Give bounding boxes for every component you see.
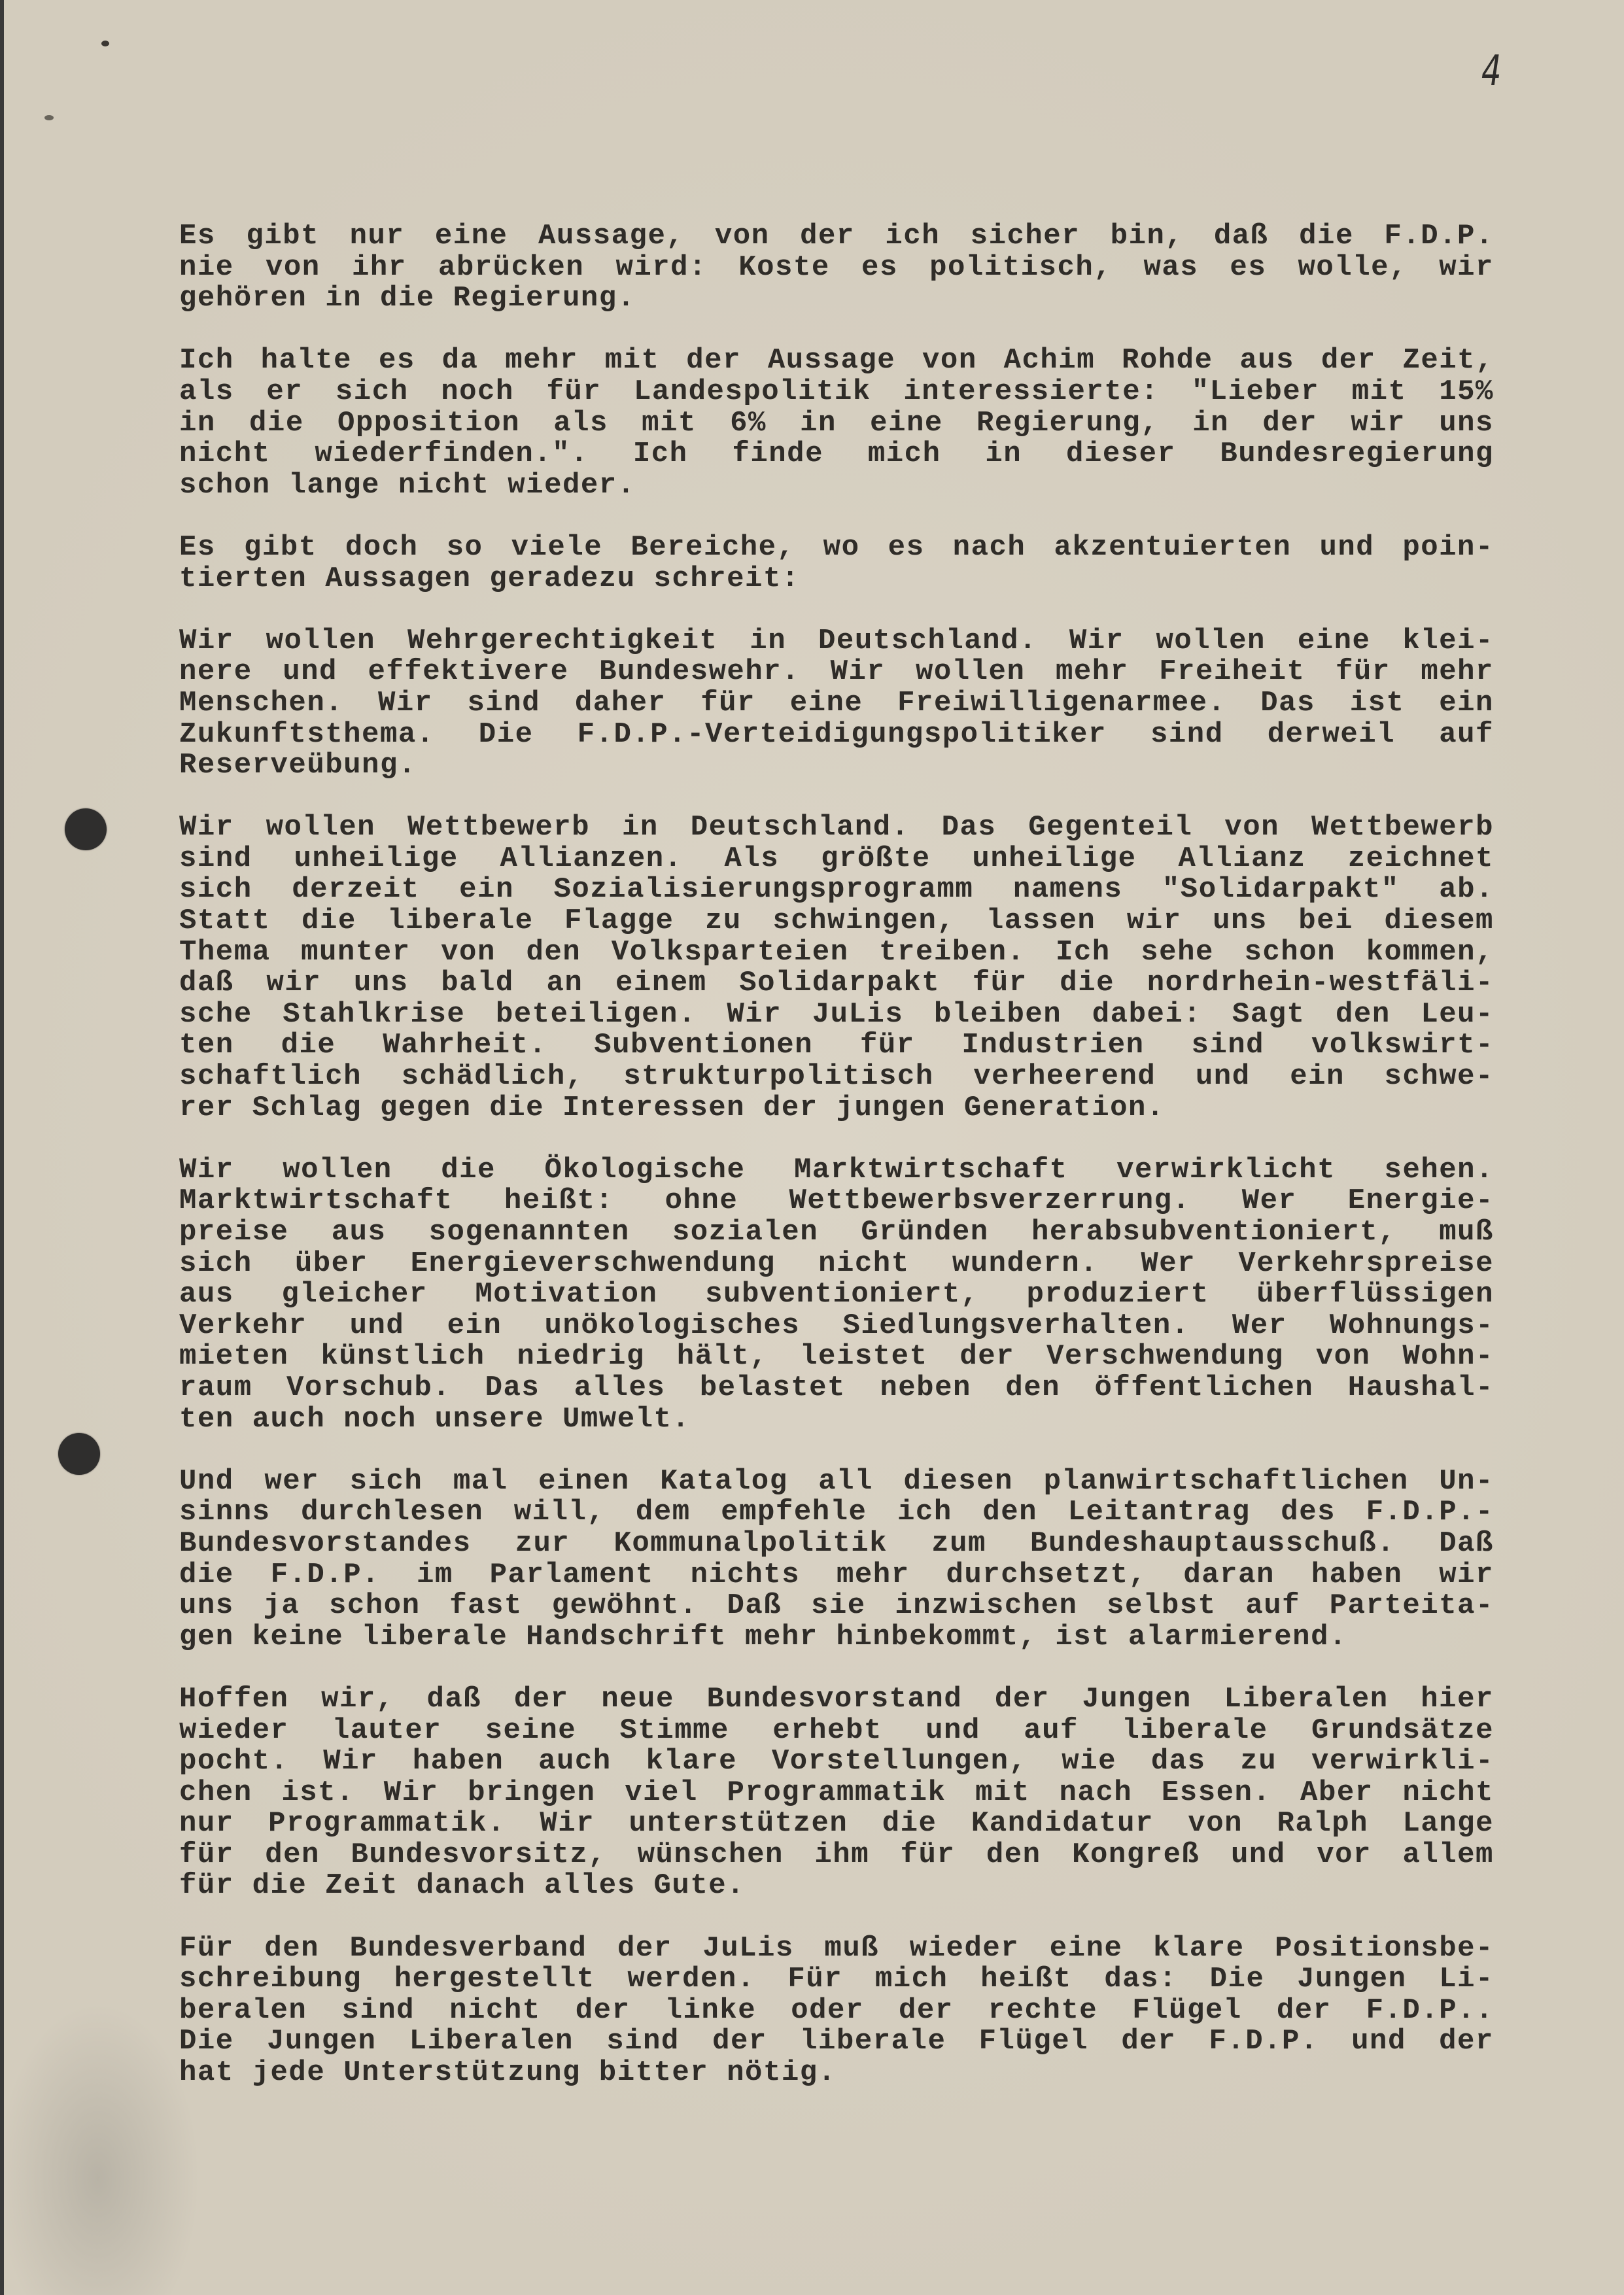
- word: sind: [179, 844, 252, 875]
- word: Solidarpakt: [739, 968, 940, 999]
- word: klare: [1153, 1933, 1245, 1965]
- word: des: [1281, 1497, 1336, 1528]
- word: Landespolitik: [634, 377, 871, 408]
- word: Leu-: [1421, 999, 1494, 1031]
- word: wie: [1062, 1746, 1116, 1778]
- word: nicht: [449, 1995, 541, 2027]
- word: unheilige: [972, 844, 1136, 875]
- word: viel: [625, 1778, 698, 1809]
- word: schon: [1245, 937, 1336, 969]
- word: wollen: [1156, 626, 1265, 657]
- word: der: [1277, 1995, 1332, 2027]
- word: nach: [953, 532, 1026, 564]
- word: sich: [179, 874, 252, 906]
- word: nur: [350, 221, 405, 252]
- word: der: [899, 1995, 954, 2027]
- word: JuLis: [812, 999, 904, 1031]
- text-line: nievonihrabrückenwird:Kosteespolitisch,w…: [179, 252, 1494, 284]
- word: daß: [179, 968, 234, 999]
- word: Die: [1210, 1964, 1265, 1995]
- word: Wehrgerechtigkeit: [407, 626, 717, 657]
- paragraph: FürdenBundesverbandderJuLismußwiedereine…: [179, 1933, 1494, 2089]
- text-line: wiederlauterseineStimmeerhebtundaufliber…: [179, 1716, 1494, 1747]
- word: Stimme: [620, 1716, 729, 1747]
- word: wir: [1127, 906, 1182, 937]
- word: finde: [732, 439, 823, 470]
- word: Jungen: [1297, 1964, 1406, 1995]
- word: Bundesvorstandes: [179, 1528, 471, 1560]
- word: in: [800, 408, 837, 440]
- word: verwirklicht: [1116, 1155, 1336, 1186]
- text-line: sichderzeiteinSozialisierungsprogrammnam…: [179, 874, 1494, 906]
- word: es: [379, 345, 415, 377]
- word: Freiheit: [1159, 657, 1305, 688]
- word: Liberalen: [1224, 1684, 1388, 1716]
- word: sehen.: [1385, 1155, 1494, 1186]
- word: sozialen: [672, 1217, 818, 1249]
- word: alles: [574, 1373, 666, 1404]
- word: diesem: [1385, 906, 1494, 937]
- word: Parlament: [490, 1560, 654, 1591]
- word: wir: [1439, 1560, 1494, 1591]
- word: wir: [266, 968, 321, 999]
- paragraph: WirwollendieÖkologischeMarktwirtschaftve…: [179, 1155, 1494, 1435]
- word: Ralph: [1277, 1808, 1369, 1840]
- text-line: WirwollendieÖkologischeMarktwirtschaftve…: [179, 1155, 1494, 1186]
- word: seine: [485, 1716, 577, 1747]
- word: Marktwirtschaft: [179, 1186, 453, 1217]
- word: für: [860, 1030, 915, 1061]
- word: wundern.: [952, 1249, 1098, 1280]
- word: preise: [179, 1217, 288, 1249]
- word: diesen: [904, 1466, 1013, 1498]
- word: hält,: [677, 1341, 769, 1373]
- word: daher: [575, 688, 666, 719]
- word: F.D.P.: [1384, 221, 1493, 252]
- word: bleiben: [934, 999, 1062, 1031]
- word: sche: [179, 999, 252, 1031]
- word: Ich: [1056, 937, 1111, 969]
- word: liberale: [800, 2026, 946, 2058]
- punch-hole-top: [65, 808, 107, 850]
- word: ihr: [352, 252, 407, 284]
- word: belastet: [700, 1373, 846, 1404]
- word: Wir: [179, 1155, 234, 1186]
- word: wir: [1439, 252, 1494, 284]
- word: nere: [179, 657, 252, 688]
- word: den: [265, 1840, 320, 1871]
- word: und: [1196, 1061, 1251, 1093]
- text-line: Hoffenwir,daßderneueBundesvorstandderJun…: [179, 1684, 1494, 1716]
- word: größte: [821, 844, 930, 875]
- word: Wir: [378, 688, 433, 719]
- word: pocht.: [179, 1746, 288, 1778]
- word: Wir: [384, 1778, 439, 1809]
- word: daß: [1214, 221, 1269, 252]
- word: lauter: [332, 1716, 441, 1747]
- word: Kongreß: [1072, 1840, 1200, 1871]
- word: Menschen.: [179, 688, 343, 719]
- word: planwirtschaftlichen: [1044, 1466, 1409, 1498]
- word: nur: [179, 1808, 234, 1840]
- word: Positionsbe-: [1275, 1933, 1494, 1965]
- word: eine: [1298, 626, 1371, 657]
- word: einem: [615, 968, 707, 999]
- word: Bereiche,: [631, 532, 795, 564]
- word: chen: [179, 1778, 252, 1809]
- word: sogenannten: [429, 1217, 630, 1249]
- word: Wir: [831, 657, 886, 688]
- word: den: [264, 1933, 319, 1965]
- paragraph: IchhalteesdamehrmitderAussagevonAchimRoh…: [179, 345, 1494, 501]
- word: die: [179, 1560, 234, 1591]
- word: Un-: [1439, 1466, 1494, 1498]
- word: Katalog: [660, 1466, 787, 1498]
- word: Industrien: [962, 1030, 1145, 1061]
- word: hier: [1421, 1684, 1494, 1716]
- word: uns: [354, 968, 409, 999]
- word: ich: [885, 221, 940, 252]
- word: aus: [179, 1279, 234, 1311]
- word: "Solidarpakt": [1162, 874, 1400, 906]
- word: auf: [1245, 1591, 1300, 1622]
- word: mit: [975, 1778, 1030, 1809]
- word: Allianz: [1178, 844, 1305, 875]
- word: eine: [435, 221, 508, 252]
- paragraph: EsgibtdochsovieleBereiche,woesnachakzent…: [179, 532, 1494, 595]
- word: produziert: [1026, 1279, 1209, 1311]
- word: zum: [931, 1528, 986, 1560]
- word: bald: [441, 968, 514, 999]
- word: strukturpolitisch: [623, 1061, 933, 1093]
- text-line: BundesvorstandeszurKommunalpolitikzumBun…: [179, 1528, 1494, 1560]
- word: Statt: [179, 906, 271, 937]
- text-line: schon lange nicht wieder.: [179, 470, 1494, 502]
- word: Energieverschwendung: [411, 1249, 776, 1280]
- scan-edge: [0, 0, 4, 2295]
- word: den: [982, 1497, 1037, 1528]
- word: Ökologische: [545, 1155, 746, 1186]
- word: Jungen: [267, 2026, 376, 2058]
- word: oder: [791, 1995, 864, 2027]
- word: Wer: [1242, 1186, 1297, 1217]
- text-line: Reserveübung.: [179, 750, 1494, 782]
- word: der: [1121, 2026, 1176, 2058]
- word: zu: [705, 906, 742, 937]
- word: Wer: [1141, 1249, 1196, 1280]
- word: mal: [453, 1466, 508, 1498]
- word: Vorschub.: [286, 1373, 451, 1404]
- word: und: [1319, 532, 1374, 564]
- text-line: daßwirunsbaldaneinemSolidarpaktfürdienor…: [179, 968, 1494, 999]
- text-line: UndwersichmaleinenKatalogalldiesenplanwi…: [179, 1466, 1494, 1498]
- word: sie: [811, 1591, 866, 1622]
- word: liberale: [387, 906, 533, 937]
- word: mehr: [505, 345, 578, 377]
- word: Liberalen: [409, 2026, 574, 2058]
- text-line: Zukunftsthema.DieF.D.P.-Verteidigungspol…: [179, 719, 1494, 751]
- word: Bundesverband: [350, 1933, 587, 1965]
- word: Rohde: [1122, 345, 1213, 377]
- text-line: raumVorschub.Dasallesbelastetnebendenöff…: [179, 1373, 1494, 1404]
- word: klare: [646, 1746, 738, 1778]
- text-line: gehören in die Regierung.: [179, 283, 1494, 315]
- word: öffentlichen: [1094, 1373, 1313, 1404]
- word: Flügel: [979, 2026, 1088, 2058]
- word: nie: [179, 252, 234, 284]
- word: munter: [301, 937, 410, 969]
- word: Programmatik: [727, 1778, 946, 1809]
- word: wollen: [266, 812, 375, 844]
- word: da: [442, 345, 479, 377]
- word: den: [986, 1840, 1041, 1871]
- word: allem: [1402, 1840, 1494, 1871]
- text-line: fürdenBundesvorsitz,wünschenihmfürdenKon…: [179, 1840, 1494, 1871]
- word: werden.: [627, 1964, 755, 1995]
- word: Verkehr: [179, 1311, 307, 1342]
- text-line: sinnsdurchlesenwill,demempfehleichdenLei…: [179, 1497, 1494, 1528]
- word: uns: [1213, 906, 1268, 937]
- punch-hole-bottom: [58, 1433, 100, 1475]
- word: wir: [1351, 408, 1406, 440]
- word: mieten: [179, 1341, 288, 1373]
- word: Opposition: [337, 408, 520, 440]
- text-line: VerkehrundeinunökologischesSiedlungsverh…: [179, 1311, 1494, 1342]
- paper-speck: [101, 41, 109, 46]
- word: Wir: [727, 999, 782, 1031]
- word: auch: [538, 1746, 612, 1778]
- word: ein: [459, 874, 514, 906]
- word: schwingen,: [772, 906, 955, 937]
- word: den: [1336, 999, 1391, 1031]
- page-number: 4: [1481, 47, 1502, 95]
- word: Subventionen: [594, 1030, 813, 1061]
- paper-speck: [44, 115, 54, 120]
- word: Zeit,: [1402, 345, 1494, 377]
- word: von: [922, 345, 977, 377]
- word: bei: [1298, 906, 1353, 937]
- word: Zukunftsthema.: [179, 719, 435, 751]
- word: neue: [601, 1684, 674, 1716]
- word: das:: [1104, 1964, 1177, 1995]
- text-line: hat jede Unterstützung bitter nötig.: [179, 2058, 1494, 2089]
- word: zeichnet: [1348, 844, 1494, 875]
- word: poin-: [1402, 532, 1494, 564]
- paragraph: WirwollenWehrgerechtigkeitinDeutschland.…: [179, 626, 1494, 782]
- word: wo: [823, 532, 860, 564]
- word: der: [1262, 408, 1317, 440]
- word: mehr: [1421, 657, 1494, 688]
- word: für: [901, 1840, 956, 1871]
- word: Für: [179, 1933, 234, 1965]
- word: F.D.P.-Verteidigungspolitiker: [578, 719, 1107, 751]
- word: an: [547, 968, 583, 999]
- word: Für: [787, 1964, 842, 1995]
- word: JuLis: [702, 1933, 794, 1965]
- word: unterstützen: [629, 1808, 848, 1840]
- text-line: Marktwirtschaftheißt:ohneWettbewerbsverz…: [179, 1186, 1494, 1217]
- word: in: [179, 408, 216, 440]
- word: Als: [724, 844, 779, 875]
- word: was: [1143, 252, 1198, 284]
- word: Regierung,: [976, 408, 1159, 440]
- word: und: [1351, 2026, 1406, 2058]
- word: so: [447, 532, 483, 564]
- word: mehr: [1056, 657, 1129, 688]
- word: der: [712, 2026, 767, 2058]
- word: Das: [485, 1373, 540, 1404]
- word: schädlich,: [402, 1061, 584, 1093]
- paragraph: Hoffenwir,daßderneueBundesvorstandderJun…: [179, 1684, 1494, 1902]
- word: Kandidatur: [971, 1808, 1154, 1840]
- word: und: [925, 1716, 980, 1747]
- word: von: [1188, 1808, 1243, 1840]
- text-line: rer Schlag gegen die Interessen der jung…: [179, 1093, 1494, 1124]
- word: Wir: [323, 1746, 378, 1778]
- word: aus: [332, 1217, 387, 1249]
- word: Es: [179, 221, 216, 252]
- text-line: schaftlichschädlich,strukturpolitischver…: [179, 1061, 1494, 1093]
- paragraph: WirwollenWettbewerbinDeutschland.DasGege…: [179, 812, 1494, 1124]
- word: Verschwendung: [1046, 1341, 1284, 1373]
- word: beteiligen.: [496, 999, 697, 1031]
- word: in: [622, 812, 659, 844]
- word: sinns: [179, 1497, 271, 1528]
- word: F.D.P..: [1366, 1995, 1494, 2027]
- word: inzwischen: [895, 1591, 1077, 1622]
- word: der: [800, 221, 855, 252]
- word: klei-: [1402, 626, 1494, 657]
- paragraph: EsgibtnureineAussage,vonderichsicherbin,…: [179, 221, 1494, 315]
- word: ein: [447, 1311, 502, 1342]
- word: doch: [345, 532, 419, 564]
- word: die: [1299, 221, 1354, 252]
- text-line: mietenkünstlichniedrighält,leistetderVer…: [179, 1341, 1494, 1373]
- word: Stahlkrise: [283, 999, 465, 1031]
- word: durchsetzt,: [946, 1560, 1147, 1591]
- text-line: ten auch noch unsere Umwelt.: [179, 1404, 1494, 1436]
- text-line: EsgibtdochsovieleBereiche,woesnachakzent…: [179, 532, 1494, 564]
- text-line: FürdenBundesverbandderJuLismußwiedereine…: [179, 1933, 1494, 1965]
- word: und: [1231, 1840, 1286, 1871]
- word: Bundesvorstand: [707, 1684, 963, 1716]
- text-line: DieJungenLiberalensindderliberaleFlügeld…: [179, 2026, 1494, 2058]
- word: wird:: [615, 252, 707, 284]
- paragraph: UndwersichmaleinenKatalogalldiesenplanwi…: [179, 1466, 1494, 1653]
- word: durchlesen: [301, 1497, 483, 1528]
- word: gleicher: [281, 1279, 427, 1311]
- word: Wettbewerb: [1311, 812, 1494, 844]
- word: eine: [790, 688, 863, 719]
- word: auf: [1439, 719, 1494, 751]
- word: herabsubventioniert,: [1031, 1217, 1396, 1249]
- word: daran: [1183, 1560, 1275, 1591]
- word: über: [295, 1249, 368, 1280]
- word: Deutschland.: [818, 626, 1037, 657]
- word: ein: [1439, 688, 1494, 719]
- word: für: [179, 1840, 234, 1871]
- word: halte: [261, 345, 353, 377]
- word: muß: [1439, 1217, 1494, 1249]
- word: namens: [1013, 874, 1122, 906]
- text-line: alsersichnochfürLandespolitikinteressier…: [179, 377, 1494, 408]
- text-line: ThemamuntervondenVolksparteientreiben.Ic…: [179, 937, 1494, 969]
- text-line: StattdieliberaleFlaggezuschwingen,lassen…: [179, 906, 1494, 937]
- word: eine: [870, 408, 943, 440]
- word: selbst: [1107, 1591, 1216, 1622]
- text-line: unsjaschonfastgewöhnt.Daßsieinzwischense…: [179, 1591, 1494, 1622]
- word: schon: [329, 1591, 421, 1622]
- text-line: WirwollenWettbewerbinDeutschland.DasGege…: [179, 812, 1494, 844]
- text-line: IchhalteesdamehrmitderAussagevonAchimRoh…: [179, 345, 1494, 377]
- word: Flügel: [1132, 1995, 1241, 2027]
- word: vor: [1317, 1840, 1372, 1871]
- text-line: gen keine liberale Handschrift mehr hinb…: [179, 1622, 1494, 1653]
- word: die: [1060, 968, 1114, 999]
- word: lassen: [986, 906, 1096, 937]
- word: wieder: [179, 1716, 288, 1747]
- word: mit: [1352, 377, 1407, 408]
- word: mit: [642, 408, 697, 440]
- word: sich: [179, 1249, 252, 1280]
- word: die: [281, 1030, 336, 1061]
- text-line: preiseaussogenanntensozialenGründenherab…: [179, 1217, 1494, 1249]
- word: ab.: [1439, 874, 1494, 906]
- word: ist: [1350, 688, 1405, 719]
- word: mit: [605, 345, 660, 377]
- word: für: [973, 968, 1028, 999]
- word: F.D.P.: [271, 1560, 380, 1591]
- word: mich: [875, 1964, 948, 1995]
- word: Aber: [1300, 1778, 1373, 1809]
- word: als: [179, 377, 234, 408]
- word: der: [576, 1995, 631, 2027]
- word: haben: [413, 1746, 504, 1778]
- word: dabei:: [1092, 999, 1201, 1031]
- word: der: [1321, 345, 1376, 377]
- word: mich: [868, 439, 941, 470]
- word: raum: [179, 1373, 252, 1404]
- word: wollen: [283, 1155, 392, 1186]
- word: Wahrheit.: [383, 1030, 547, 1061]
- word: von: [441, 937, 496, 969]
- word: es: [861, 252, 898, 284]
- text-line: nereundeffektivereBundeswehr.Wirwollenme…: [179, 657, 1494, 688]
- word: Wir: [179, 812, 234, 844]
- text-line: chenist.WirbringenvielProgrammatikmitnac…: [179, 1778, 1494, 1809]
- text-line: nichtwiederfinden.".Ichfindemichindieser…: [179, 439, 1494, 470]
- text-line: für die Zeit danach alles Gute.: [179, 1871, 1494, 1902]
- word: derweil: [1268, 719, 1395, 751]
- word: volkswirt-: [1311, 1030, 1494, 1061]
- word: dem: [636, 1497, 691, 1528]
- word: der: [995, 1684, 1050, 1716]
- word: den: [526, 937, 581, 969]
- word: liberale: [1122, 1716, 1268, 1747]
- text-line: Menschen.WirsinddaherfüreineFreiwilligen…: [179, 688, 1494, 719]
- word: Vorstellungen,: [772, 1746, 1028, 1778]
- word: Leitantrag: [1068, 1497, 1251, 1528]
- word: linke: [665, 1995, 757, 2027]
- word: Grundsätze: [1311, 1716, 1494, 1747]
- word: Verkehrspreise: [1238, 1249, 1494, 1280]
- word: den: [1005, 1373, 1060, 1404]
- word: hergestellt: [394, 1964, 595, 1995]
- text-line: sichüberEnergieverschwendungnichtwundern…: [179, 1249, 1494, 1280]
- word: treiben.: [879, 937, 1025, 969]
- word: Parteita-: [1330, 1591, 1494, 1622]
- word: die: [441, 1155, 496, 1186]
